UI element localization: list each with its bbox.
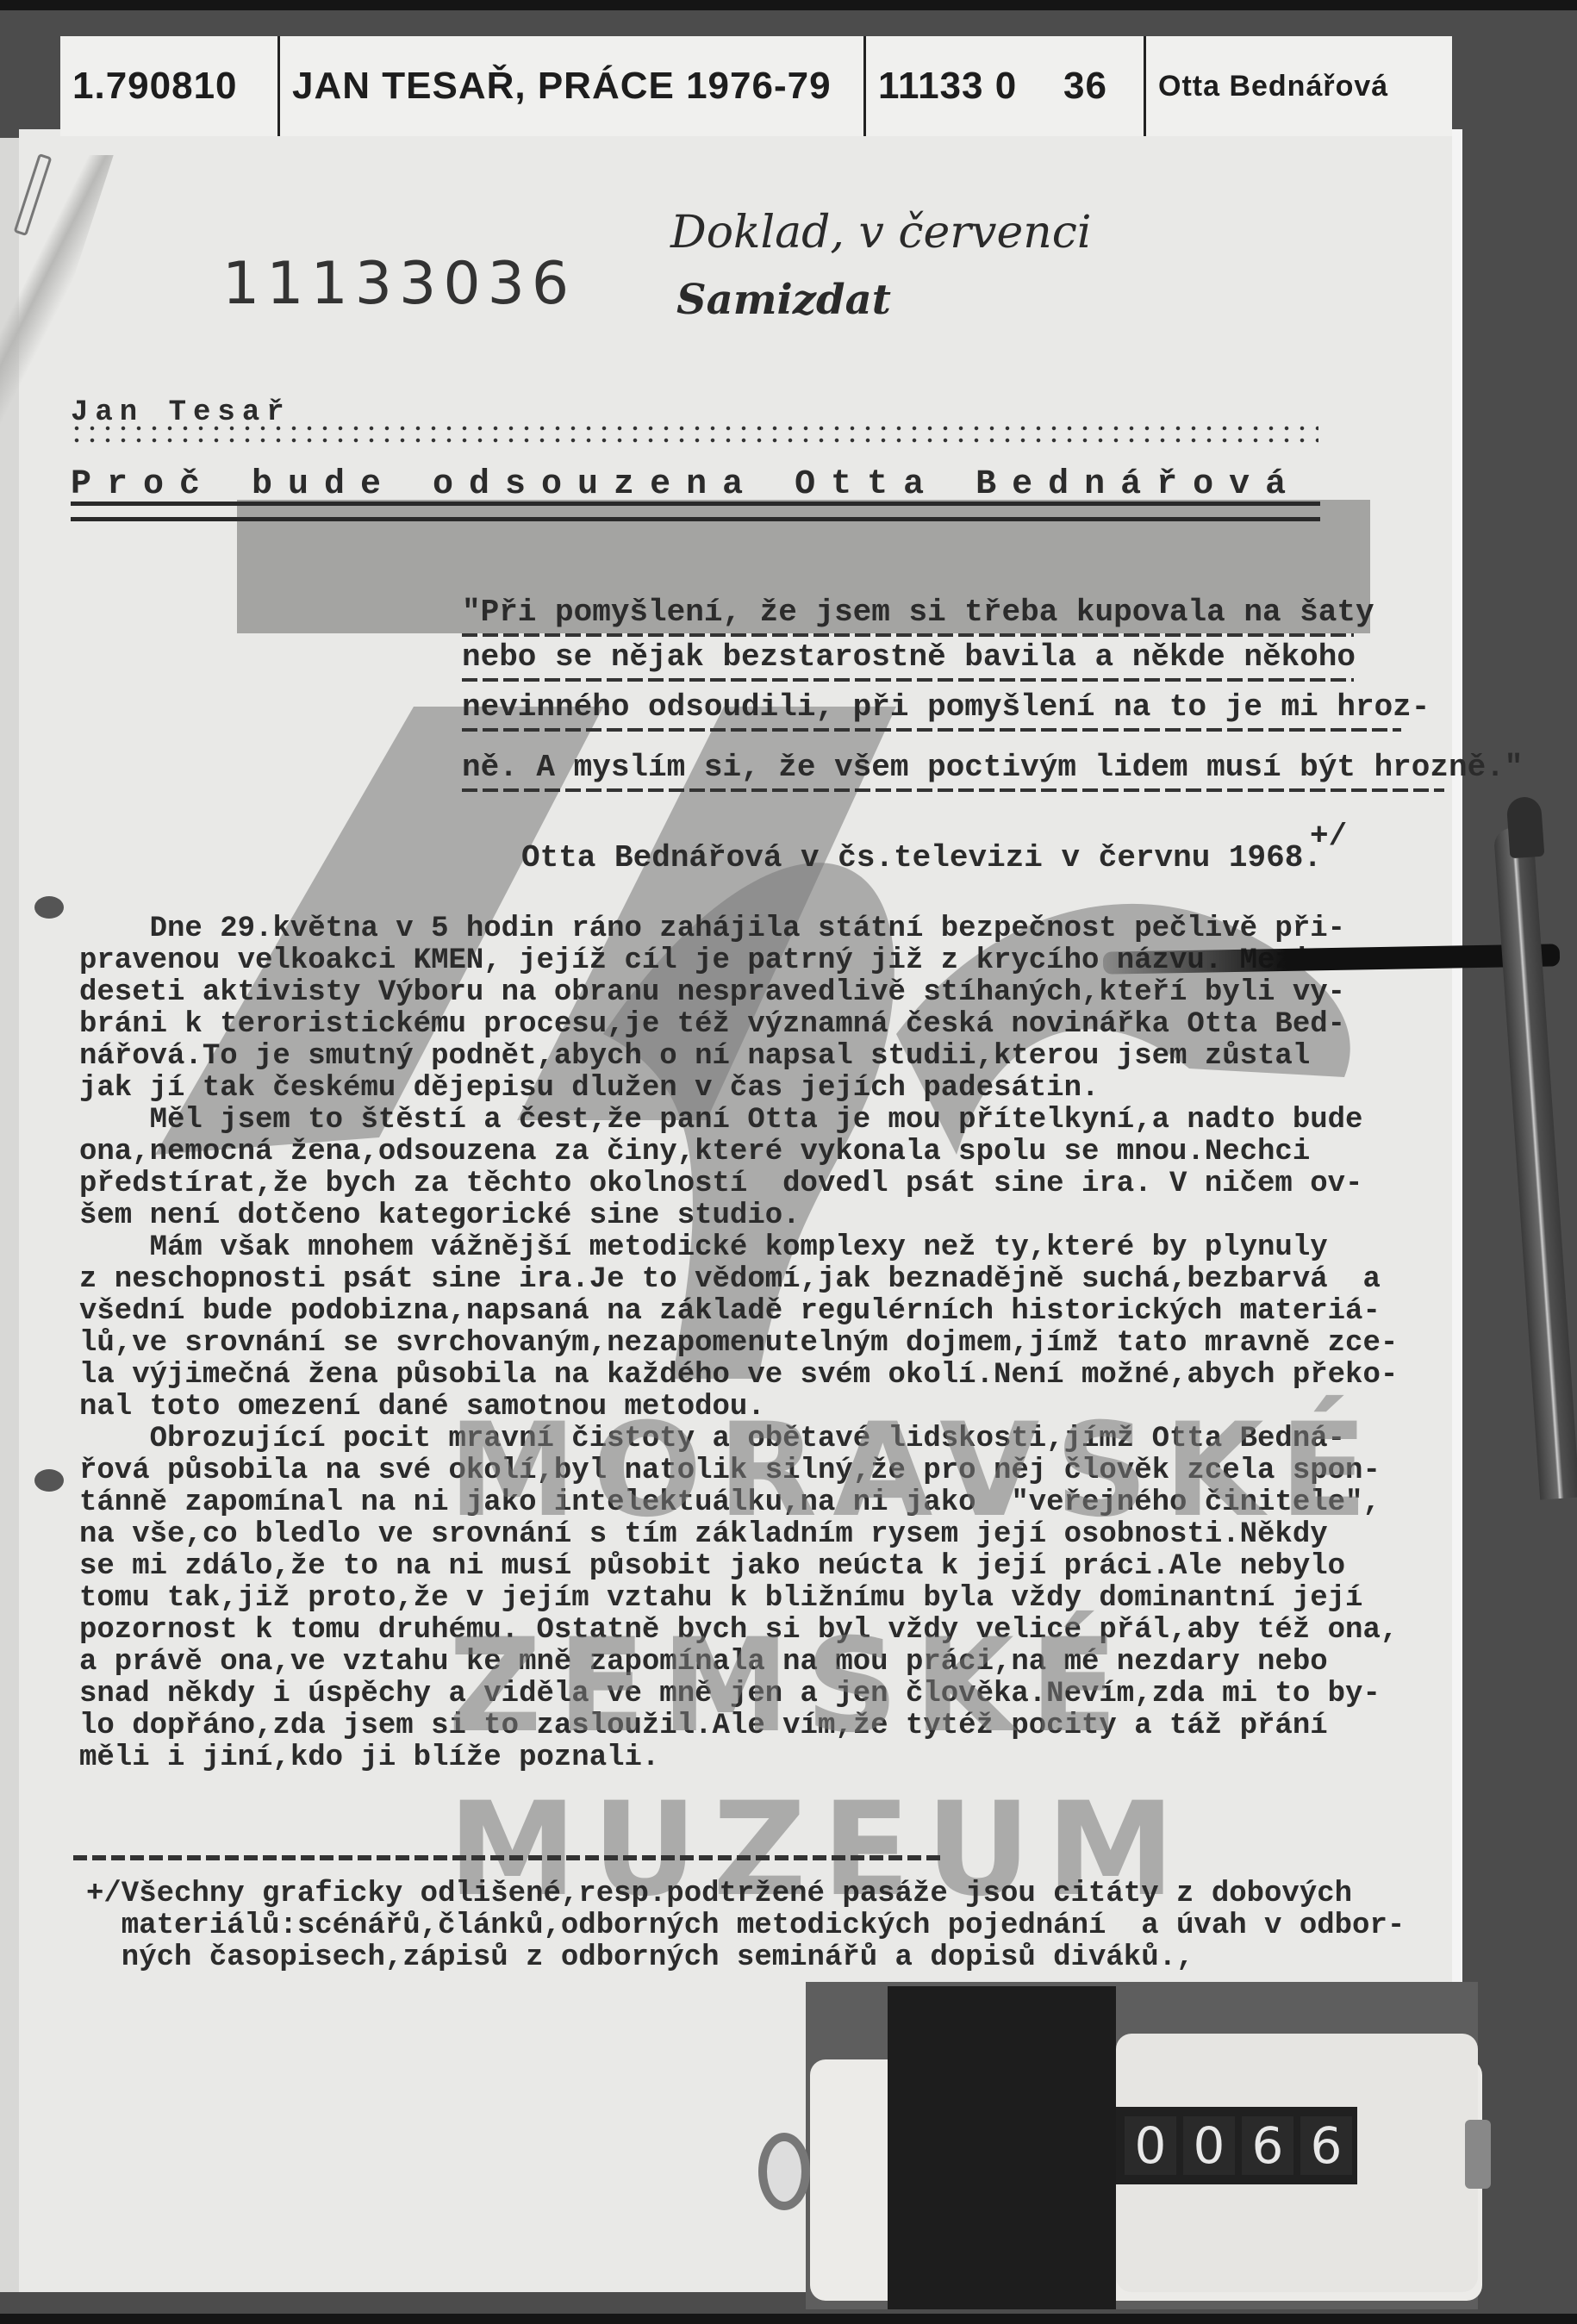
footnote-marker: +/ [1310, 819, 1347, 854]
counter-mask [888, 1986, 1116, 2309]
handwritten-catalog-number: 11133036 [222, 250, 576, 318]
pen-cap [1506, 796, 1545, 859]
punch-hole [34, 1469, 64, 1492]
epigraph-line: nevinného odsoudili, při pomyšlení na to… [462, 689, 1430, 725]
film-edge-top [0, 0, 1577, 10]
epigraph-line: ně. A myslím si, že všem poctivým lidem … [462, 750, 1523, 785]
pen-icon [1493, 826, 1577, 1499]
epigraph-line: nebo se nějak bezstarostně bavila a někd… [462, 639, 1356, 675]
body-line: šem není dotčeno kategorické sine studio… [79, 1200, 1398, 1232]
footnote-line: materiálů:scénářů,článků,odborných metod… [86, 1910, 1405, 1942]
title-underline-2 [71, 517, 1320, 521]
counter-digit: 0 [1183, 2116, 1235, 2175]
body-line: nářová.To je smutný podnět,abych o ní na… [79, 1041, 1398, 1073]
body-line: la výjimečná žena působila na každého ve… [79, 1360, 1398, 1392]
body-line: Mám však mnohem vážnější metodické kompl… [79, 1232, 1398, 1264]
handwritten-note-line1: Doklad, v červenci [670, 207, 1092, 259]
handwritten-note-line2: Samizdat [676, 276, 891, 324]
body-line: z neschopnosti psát sine ira.Je to vědom… [79, 1264, 1398, 1296]
body-line: Dne 29.května v 5 hodin ráno zahájila st… [79, 913, 1398, 945]
footnote-line: ných časopisech,zápisů z odborných semin… [86, 1942, 1405, 1974]
epigraph-source: Otta Bednářová v čs.televizi v červnu 19… [521, 840, 1322, 875]
title-underline-1 [71, 502, 1320, 506]
label-inventory-number: 1.790810 [60, 36, 280, 136]
epigraph-line: "Při pomyšlení, že jsem si třeba kupoval… [462, 595, 1374, 630]
epigraph-underline [462, 728, 1401, 732]
body-line: deseti aktivisty Výboru na obranu nespra… [79, 977, 1398, 1009]
dotted-separator [69, 422, 1318, 450]
punch-hole [34, 896, 64, 919]
body-line: lů,ve srovnání se svrchovaným,nezapomenu… [79, 1328, 1398, 1360]
label-subject: Otta Bednářová [1146, 36, 1405, 136]
film-edge-bottom [0, 2314, 1577, 2324]
footnote-line: +/Všechny graficky odlišené,resp.podtrže… [86, 1879, 1405, 1910]
label-item-number: 36 [1051, 36, 1146, 136]
label-signature-number: 11133 0 [866, 36, 1051, 136]
frame-counter-display: 0 0 6 6 [1116, 2107, 1357, 2184]
watermark-line-1: MORAVSKÉ [448, 1396, 1383, 1546]
body-line: se mi zdálo,že to na ni musí působit jak… [79, 1551, 1398, 1583]
epigraph-underline [462, 633, 1354, 637]
counter-digit: 6 [1300, 2116, 1352, 2175]
counter-digit: 6 [1242, 2116, 1293, 2175]
body-line: předstírat,že bych za těchto okolností d… [79, 1168, 1398, 1200]
body-line: ona,nemocná žena,odsouzena za činy,které… [79, 1137, 1398, 1168]
body-line: tomu tak,již proto,že v jejím vztahu k b… [79, 1583, 1398, 1615]
archive-label-strip: 1.790810 JAN TESAŘ, PRÁCE 1976-79 11133 … [60, 36, 1452, 136]
epigraph-underline [462, 678, 1354, 682]
footnote-separator [73, 1855, 944, 1860]
footnote-text: +/Všechny graficky odlišené,resp.podtrže… [86, 1879, 1405, 1974]
body-line: jak jí tak českému dějepisu dlužen v čas… [79, 1073, 1398, 1105]
body-line: bráni k teroristickému procesu,je též vý… [79, 1009, 1398, 1041]
paper-edge-right [1452, 129, 1462, 2292]
washer-icon [758, 2133, 810, 2210]
counter-digit: 0 [1125, 2116, 1176, 2175]
epigraph-underline [462, 788, 1444, 792]
body-line: všední bude podobizna,napsaná na základě… [79, 1296, 1398, 1328]
document-title: Proč bude odsouzena Otta Bednářová [71, 465, 1301, 504]
body-line: Měl jsem to štěstí a čest,že paní Otta j… [79, 1105, 1398, 1137]
label-collection-title: JAN TESAŘ, PRÁCE 1976-79 [280, 36, 866, 136]
watermark-line-2: ZEMSKÉ [448, 1611, 1133, 1761]
counter-knob [1465, 2120, 1491, 2189]
